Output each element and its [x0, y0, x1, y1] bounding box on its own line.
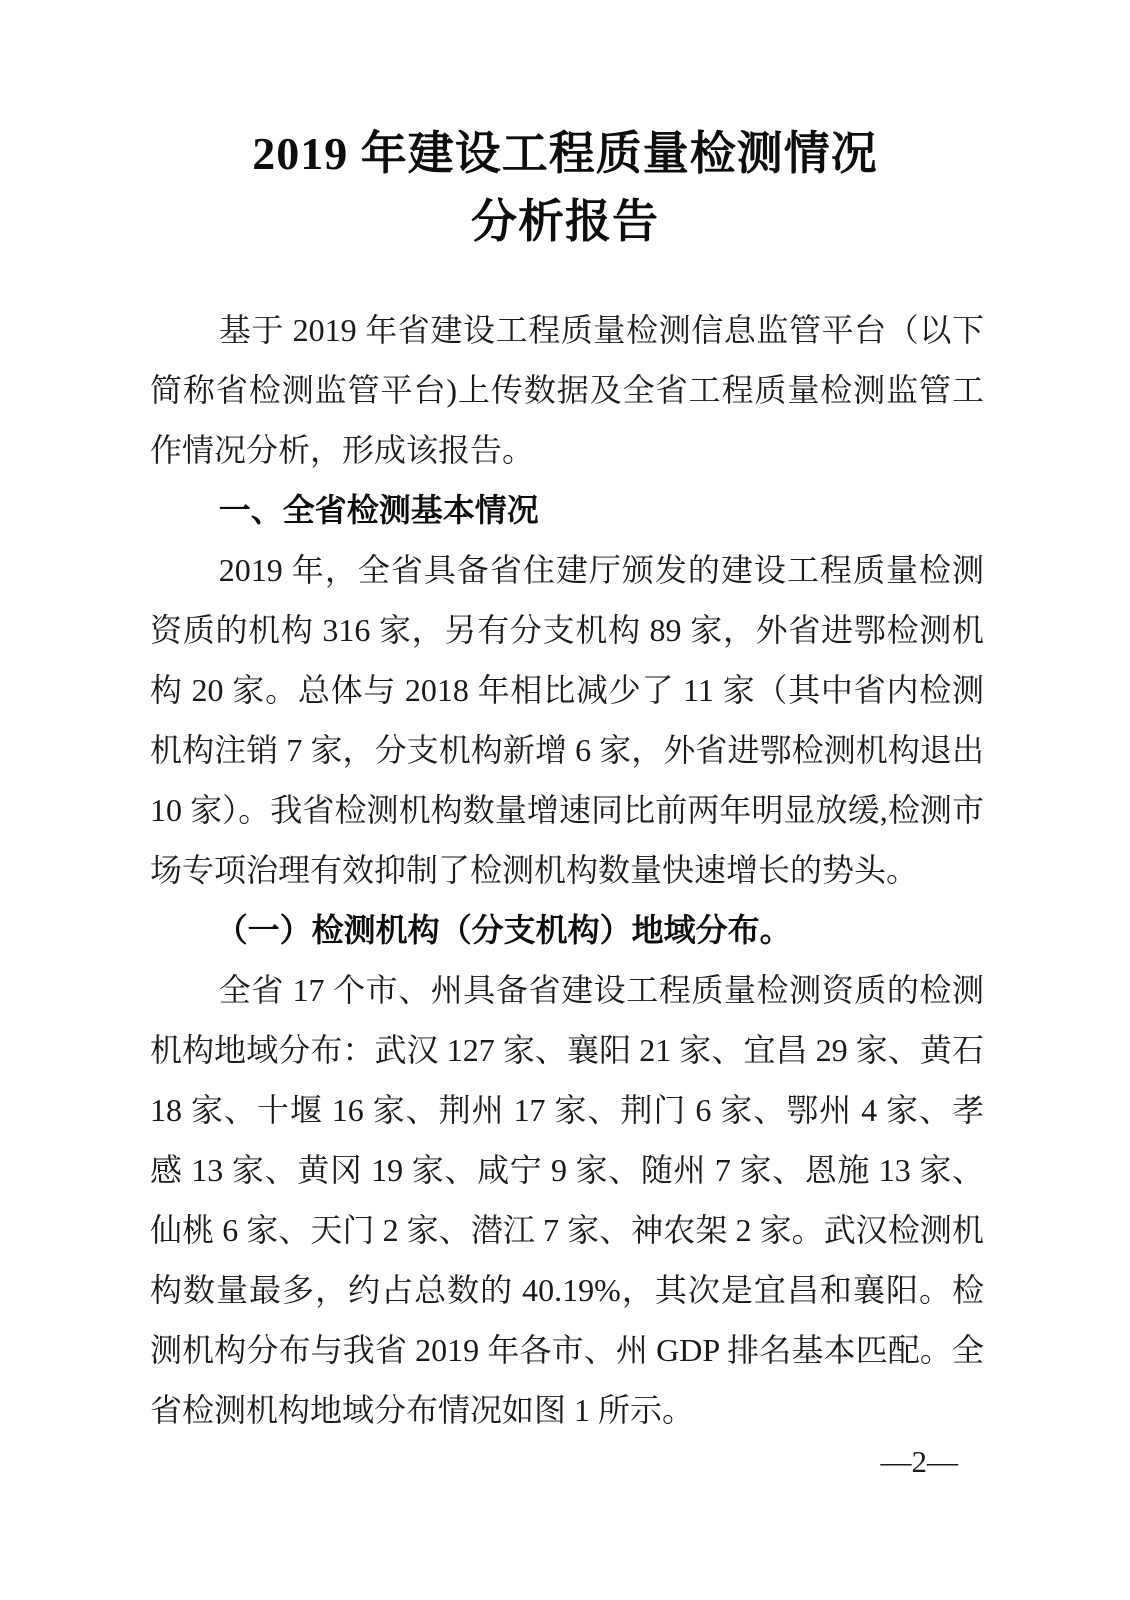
title-line-2: 分析报告: [0, 188, 1130, 256]
page-number: —2—: [881, 1442, 959, 1482]
subsection-1-paragraph: 全省 17 个市、州具备省建设工程质量检测资质的检测机构地域分布：武汉 127 …: [150, 960, 984, 1440]
document-title: 2019 年建设工程质量检测情况 分析报告: [0, 120, 1130, 256]
section-1-heading: 一、全省检测基本情况: [150, 480, 984, 540]
intro-paragraph: 基于 2019 年省建设工程质量检测信息监管平台（以下简称省检测监管平台)上传数…: [150, 300, 984, 480]
section-1-paragraph: 2019 年，全省具备省住建厅颁发的建设工程质量检测资质的机构 316 家，另有…: [150, 540, 984, 900]
subsection-1-heading: （一）检测机构（分支机构）地域分布。: [150, 900, 984, 960]
document-page: 2019 年建设工程质量检测情况 分析报告 基于 2019 年省建设工程质量检测…: [0, 0, 1130, 1600]
title-line-1: 2019 年建设工程质量检测情况: [0, 120, 1130, 188]
document-body: 基于 2019 年省建设工程质量检测信息监管平台（以下简称省检测监管平台)上传数…: [150, 300, 984, 1440]
